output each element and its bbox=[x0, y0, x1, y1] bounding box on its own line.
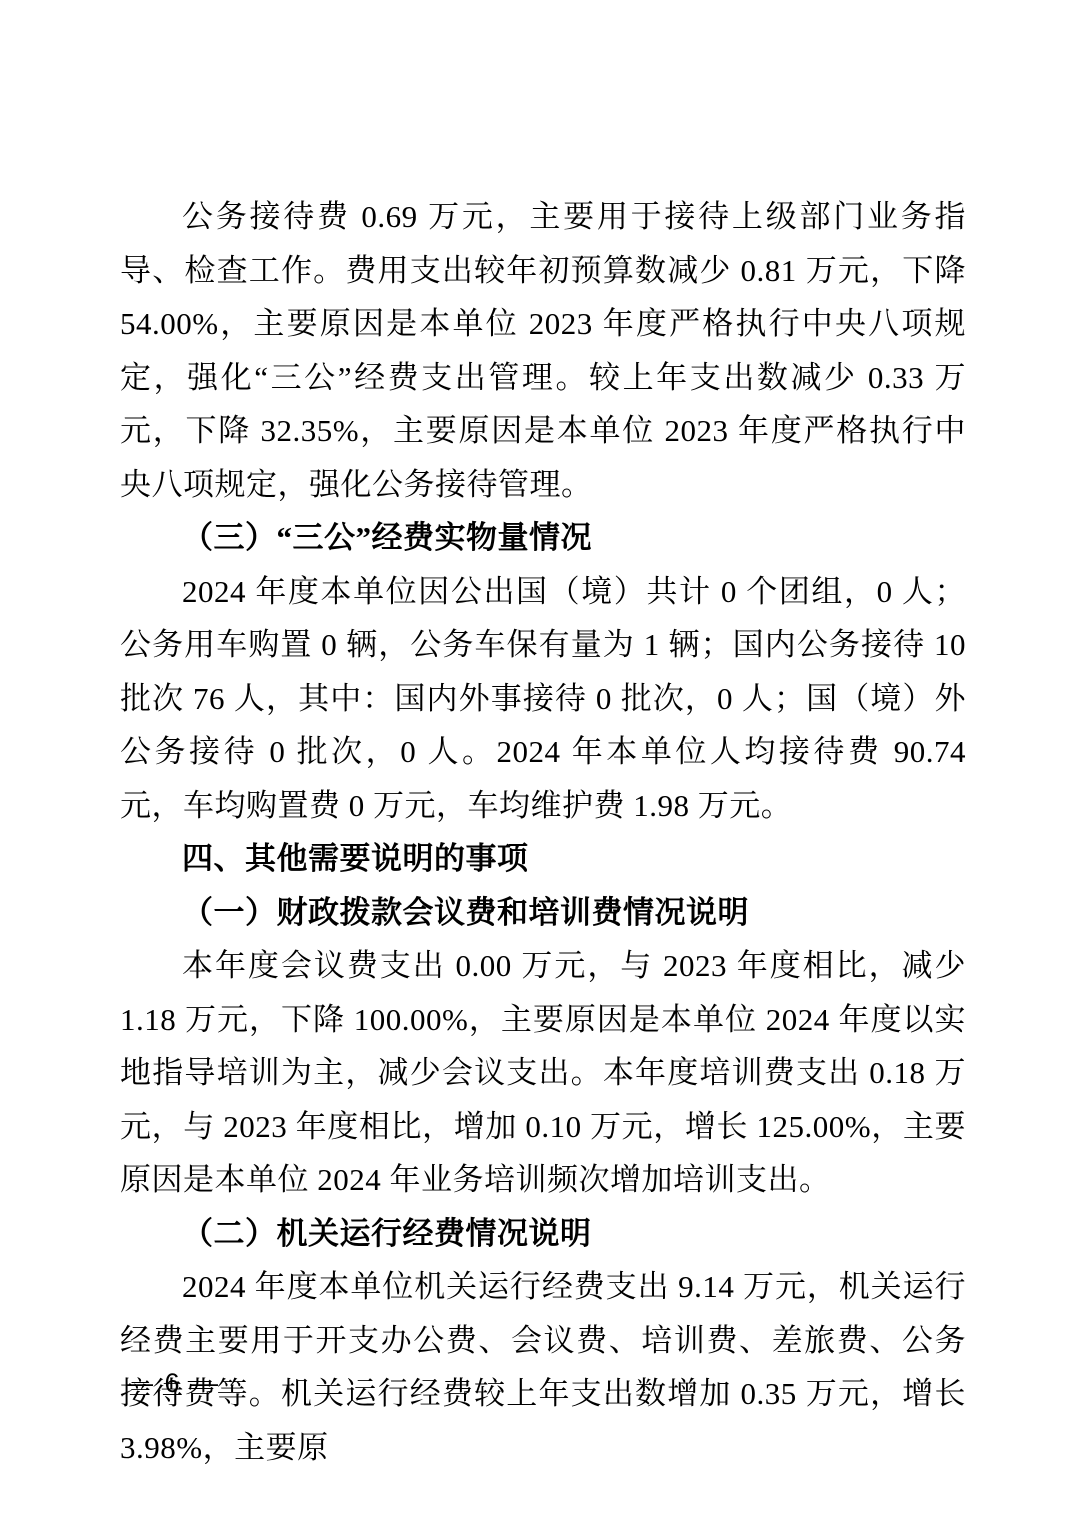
document-page: 公务接待费 0.69 万元，主要用于接待上级部门业务指导、检查工作。费用支出较年… bbox=[0, 0, 1075, 1520]
paragraph-agency-operating-funds-details: 2024 年度本单位机关运行经费支出 9.14 万元，机关运行经费主要用于开支办… bbox=[120, 1260, 966, 1474]
paragraph-physical-quantity-details: 2024 年度本单位因公出国（境）共计 0 个团组，0 人；公务用车购置 0 辆… bbox=[120, 565, 966, 833]
heading-other-matters: 四、其他需要说明的事项 bbox=[120, 832, 966, 886]
subheading-meeting-training-fees: （一）财政拨款会议费和培训费情况说明 bbox=[120, 886, 966, 940]
document-body: 公务接待费 0.69 万元，主要用于接待上级部门业务指导、检查工作。费用支出较年… bbox=[120, 190, 966, 1474]
paragraph-official-reception-expense: 公务接待费 0.69 万元，主要用于接待上级部门业务指导、检查工作。费用支出较年… bbox=[120, 190, 966, 511]
page-number: — 6 — bbox=[126, 1366, 220, 1400]
subheading-agency-operating-funds: （二）机关运行经费情况说明 bbox=[120, 1207, 966, 1261]
subheading-three-public-expenses-physical-quantity: （三）“三公”经费实物量情况 bbox=[120, 511, 966, 565]
paragraph-meeting-training-fees-details: 本年度会议费支出 0.00 万元，与 2023 年度相比，减少 1.18 万元，… bbox=[120, 939, 966, 1207]
